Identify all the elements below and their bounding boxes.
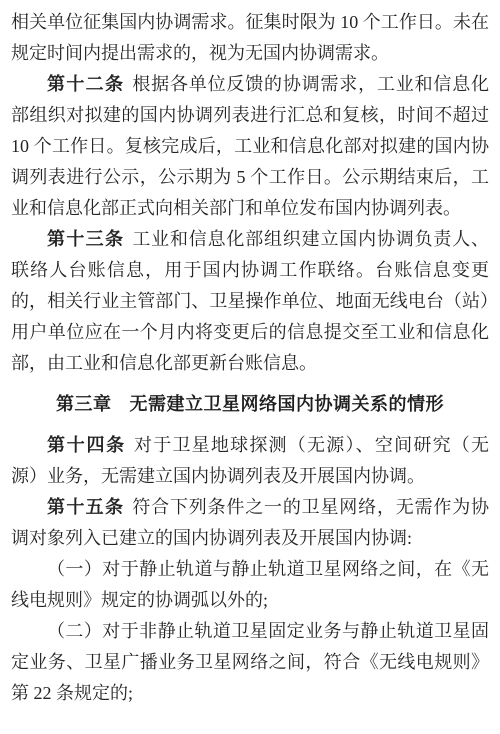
chapter-title: 无需建立卫星网络国内协调关系的情形 [130,394,445,414]
paragraph-article-15: 第十五条符合下列条件之一的卫星网络，无需作为协调对象列入已建立的国内协调列表及开… [11,492,489,554]
paragraph-text: （一）对于静止轨道与静止轨道卫星网络之间，在《无线电规则》规定的协调弧以外的; [11,559,489,610]
chapter-heading: 第三章无需建立卫星网络国内协调关系的情形 [11,389,489,420]
paragraph-continuation: 相关单位征集国内协调需求。征集时限为 10 个工作日。未在规定时间内提出需求的，… [11,7,489,69]
paragraph-list-item-2: （二）对于非静止轨道卫星固定业务与静止轨道卫星固定业务、卫星广播业务卫星网络之间… [11,616,489,709]
document-page: 相关单位征集国内协调需求。征集时限为 10 个工作日。未在规定时间内提出需求的，… [0,0,500,734]
paragraph-article-14: 第十四条对于卫星地球探测（无源）、空间研究（无源）业务，无需建立国内协调列表及开… [11,430,489,492]
paragraph-list-item-1: （一）对于静止轨道与静止轨道卫星网络之间，在《无线电规则》规定的协调弧以外的; [11,554,489,616]
paragraph-text: 根据各单位反馈的协调需求，工业和信息化部组织对拟建的国内协调列表进行汇总和复核，… [11,74,489,218]
paragraph-text: 工业和信息化部组织建立国内协调负责人、联络人台账信息，用于国内协调工作联络。台账… [11,229,489,373]
article-number: 第十四条 [47,435,126,455]
chapter-number: 第三章 [56,394,112,414]
paragraph-text: 相关单位征集国内协调需求。征集时限为 10 个工作日。未在规定时间内提出需求的，… [11,12,489,63]
paragraph-article-12: 第十二条根据各单位反馈的协调需求，工业和信息化部组织对拟建的国内协调列表进行汇总… [11,69,489,224]
paragraph-text: （二）对于非静止轨道卫星固定业务与静止轨道卫星固定业务、卫星广播业务卫星网络之间… [11,621,489,703]
article-number: 第十二条 [47,74,124,94]
paragraph-article-13: 第十三条工业和信息化部组织建立国内协调负责人、联络人台账信息，用于国内协调工作联… [11,224,489,379]
article-number: 第十五条 [47,497,124,517]
article-number: 第十三条 [47,229,124,249]
